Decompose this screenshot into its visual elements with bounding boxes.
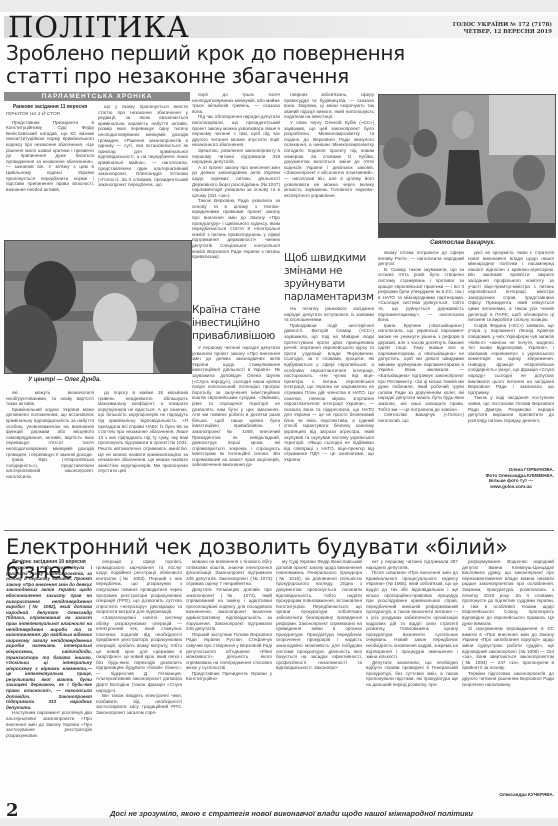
issue-number: ГОЛОС УКРАЇНИ № 172 (7178) [453, 22, 552, 29]
paragraph: Депутати зазначили, що необхідно відбути… [366, 660, 458, 688]
photo2-caption: Святослав Вакарчук. [430, 240, 495, 246]
paragraph: що у якому пропонується внести статтю пр… [98, 104, 188, 188]
paragraph: му Суді України Федір Веніславський допо… [276, 559, 362, 671]
paragraph: Наступним парламент розглянув два альтер… [6, 710, 92, 738]
article2-signature-block: Олександра КУЧЕРЯВА. [462, 792, 554, 800]
section-rubric: ПОЛІТИКА [8, 12, 190, 42]
photo-image [379, 95, 555, 237]
subhead-parliamentarism: Щоб швидкими змінами не зруйнувати парла… [284, 252, 374, 304]
paragraph: Також у ході засідання поступили заяви, … [468, 395, 554, 423]
article1-column-6: досі не зрозуміло, якою є стратегія ново… [468, 250, 554, 465]
photo-oleg-dunda [4, 240, 192, 374]
paragraph: ект у першому читанні підтримали 287 нар… [366, 559, 458, 570]
paragraph: Терміни підготовки законопроектів до дру… [462, 671, 554, 688]
article2-column-5: ект у першому читанні підтримали 287 нар… [366, 559, 458, 799]
article1-headline: Зроблено перший крок до повернення статт… [6, 42, 426, 88]
paragraph: які можуть визначатися необґрунтованими,… [6, 390, 94, 407]
paragraph: На початку ранкового засідання народні д… [284, 306, 374, 323]
article2-column-4: му Суді України Федір Веніславський допо… [276, 559, 362, 799]
paragraph: Верховна Рада розглянула і ухвалила низк… [6, 565, 92, 710]
paragraph: У першому читанні народні депутати ухвал… [192, 345, 280, 468]
article1-column-2: що у якому пропонується внести статтю пр… [98, 104, 188, 224]
article1-column-4: говірних зобов'язань, сферу правосуддя т… [284, 92, 374, 252]
paragraph: В. Сюмар також зауважила, що за останні … [378, 267, 464, 323]
author-signature: Олександра КУЧЕРЯВА. [462, 792, 554, 798]
article1-column-3: поріг до трьох тисяч неоподатковуваних м… [192, 92, 280, 282]
paragraph: реформування. Водночас народний депутат … [462, 559, 554, 626]
masthead-info: ГОЛОС УКРАЇНИ № 172 (7178) ЧЕТВЕР, 12 ВЕ… [453, 22, 552, 36]
paragraph: Під час обговорення народні депутати наг… [192, 114, 280, 148]
photo-image [5, 241, 191, 373]
paragraph: Софія Федина («ЄС») заявила, що учора у … [468, 323, 554, 396]
article1-signatures: Олена ГОРБУНОВА. Фото Олександра КЛИМЕНК… [468, 467, 554, 507]
article2-column-3: мовано на впевнення з тінового обігу гот… [186, 559, 272, 799]
paragraph: операцій у сфері торгівлі, громадського … [96, 559, 182, 615]
session-lead: Ранкове засідання 11 вересня [6, 104, 94, 110]
article2-column-2: операцій у сфері торгівлі, громадського … [96, 559, 182, 799]
photo-vakarchuk [378, 94, 556, 238]
article1-column-1: Ранкове засідання 11 вересня ПОЧАТОК НА … [6, 104, 94, 224]
paragraph: поріг до трьох тисяч неоподатковуваних м… [192, 92, 280, 114]
article1-column-1b: які можуть визначатися необґрунтованими,… [6, 390, 94, 525]
issue-date: ЧЕТВЕР, 12 ВЕРЕСНЯ 2019 [453, 29, 552, 36]
paragraph: А от проект закону про внесення змін до … [192, 165, 280, 199]
paragraph: Представник Президента України у Констит… [186, 671, 272, 682]
paragraph: Також Верховна Рада ухвалила за основу т… [192, 198, 280, 260]
paragraph: говірних зобов'язань, сферу правосуддя т… [284, 92, 374, 120]
paragraph: Ірина Крупник («Батьківщина») наголосила… [378, 323, 464, 413]
paragraph: мовано на впевнення з тінового обігу гот… [186, 559, 272, 587]
article1-column-5: якому готова потрапити до сфери впливу Р… [378, 250, 464, 530]
paragraph: Ірина Фріз («Європейська солідарність»),… [6, 457, 94, 479]
article1-column-3b: У першому читанні народні депутати ухвал… [192, 345, 280, 525]
chronicle-label: ПАРЛАМЕНТСЬКА ХРОНІКА [4, 92, 190, 101]
bottom-margin [0, 818, 558, 826]
paragraph: Пригадавши події шестирічної давності, В… [284, 323, 374, 463]
paragraph: Після схвалили «Про внесення змін до Кри… [366, 570, 458, 660]
article-divider [4, 530, 554, 531]
paragraph: Святослав Вакарчук («Голос») наголосив, … [378, 412, 464, 423]
paragraph: Зі скасуванням впровадження в ЄС вимоги … [462, 626, 554, 671]
paragraph: Зрештою, ухвалення законопроекту в першо… [192, 148, 280, 165]
article1-column-2b: до порогу в майже 15 мільйонів гривень н… [98, 390, 188, 525]
paragraph: Він також вводить електронні чеки, позба… [96, 693, 182, 715]
paragraph: У свою чергу Олексій Кубів («ЄС») зауваж… [284, 120, 374, 198]
footer-tagline: Досі не зрозуміло, якою є стратегія ново… [110, 809, 473, 818]
photo1-caption: У центрі — Олег Дунда. [28, 377, 101, 383]
paragraph: Представник Президента в Конституційному… [6, 120, 94, 193]
more-photos-link[interactable]: Більше фото тут — www.golos.com.ua [468, 478, 554, 489]
paragraph: Кримінальний кодекс України може доповне… [6, 407, 94, 457]
paragraph: до порогу в майже 15 мільйонів гривень н… [98, 390, 188, 474]
subhead-investment: Країна стане інвестиційно привабливішою [192, 304, 282, 343]
continued-note: ПОЧАТОК НА 1-Й СТОР. [6, 112, 94, 118]
paragraph: Перший заступник Голови Верховної Ради У… [186, 632, 272, 671]
paragraph: Депутати Гетманцев доповів про законопро… [186, 587, 272, 632]
article2-column-6: реформування. Водночас народний депутат … [462, 559, 554, 791]
newspaper-page: ПОЛІТИКА ГОЛОС УКРАЇНИ № 172 (7178) ЧЕТВ… [0, 0, 558, 826]
paragraph: якому готова потрапити до сфери впливу Р… [378, 250, 464, 267]
paragraph: «Запропонувані новітні систему обліку ро… [96, 615, 182, 693]
article2-column-1: Вечірнє засідання 10 вересня Верховна Ра… [6, 559, 92, 799]
article1-column-4b: На початку ранкового засідання народні д… [284, 306, 374, 526]
paragraph: досі не зрозуміло, якою є стратегія ново… [468, 250, 554, 323]
